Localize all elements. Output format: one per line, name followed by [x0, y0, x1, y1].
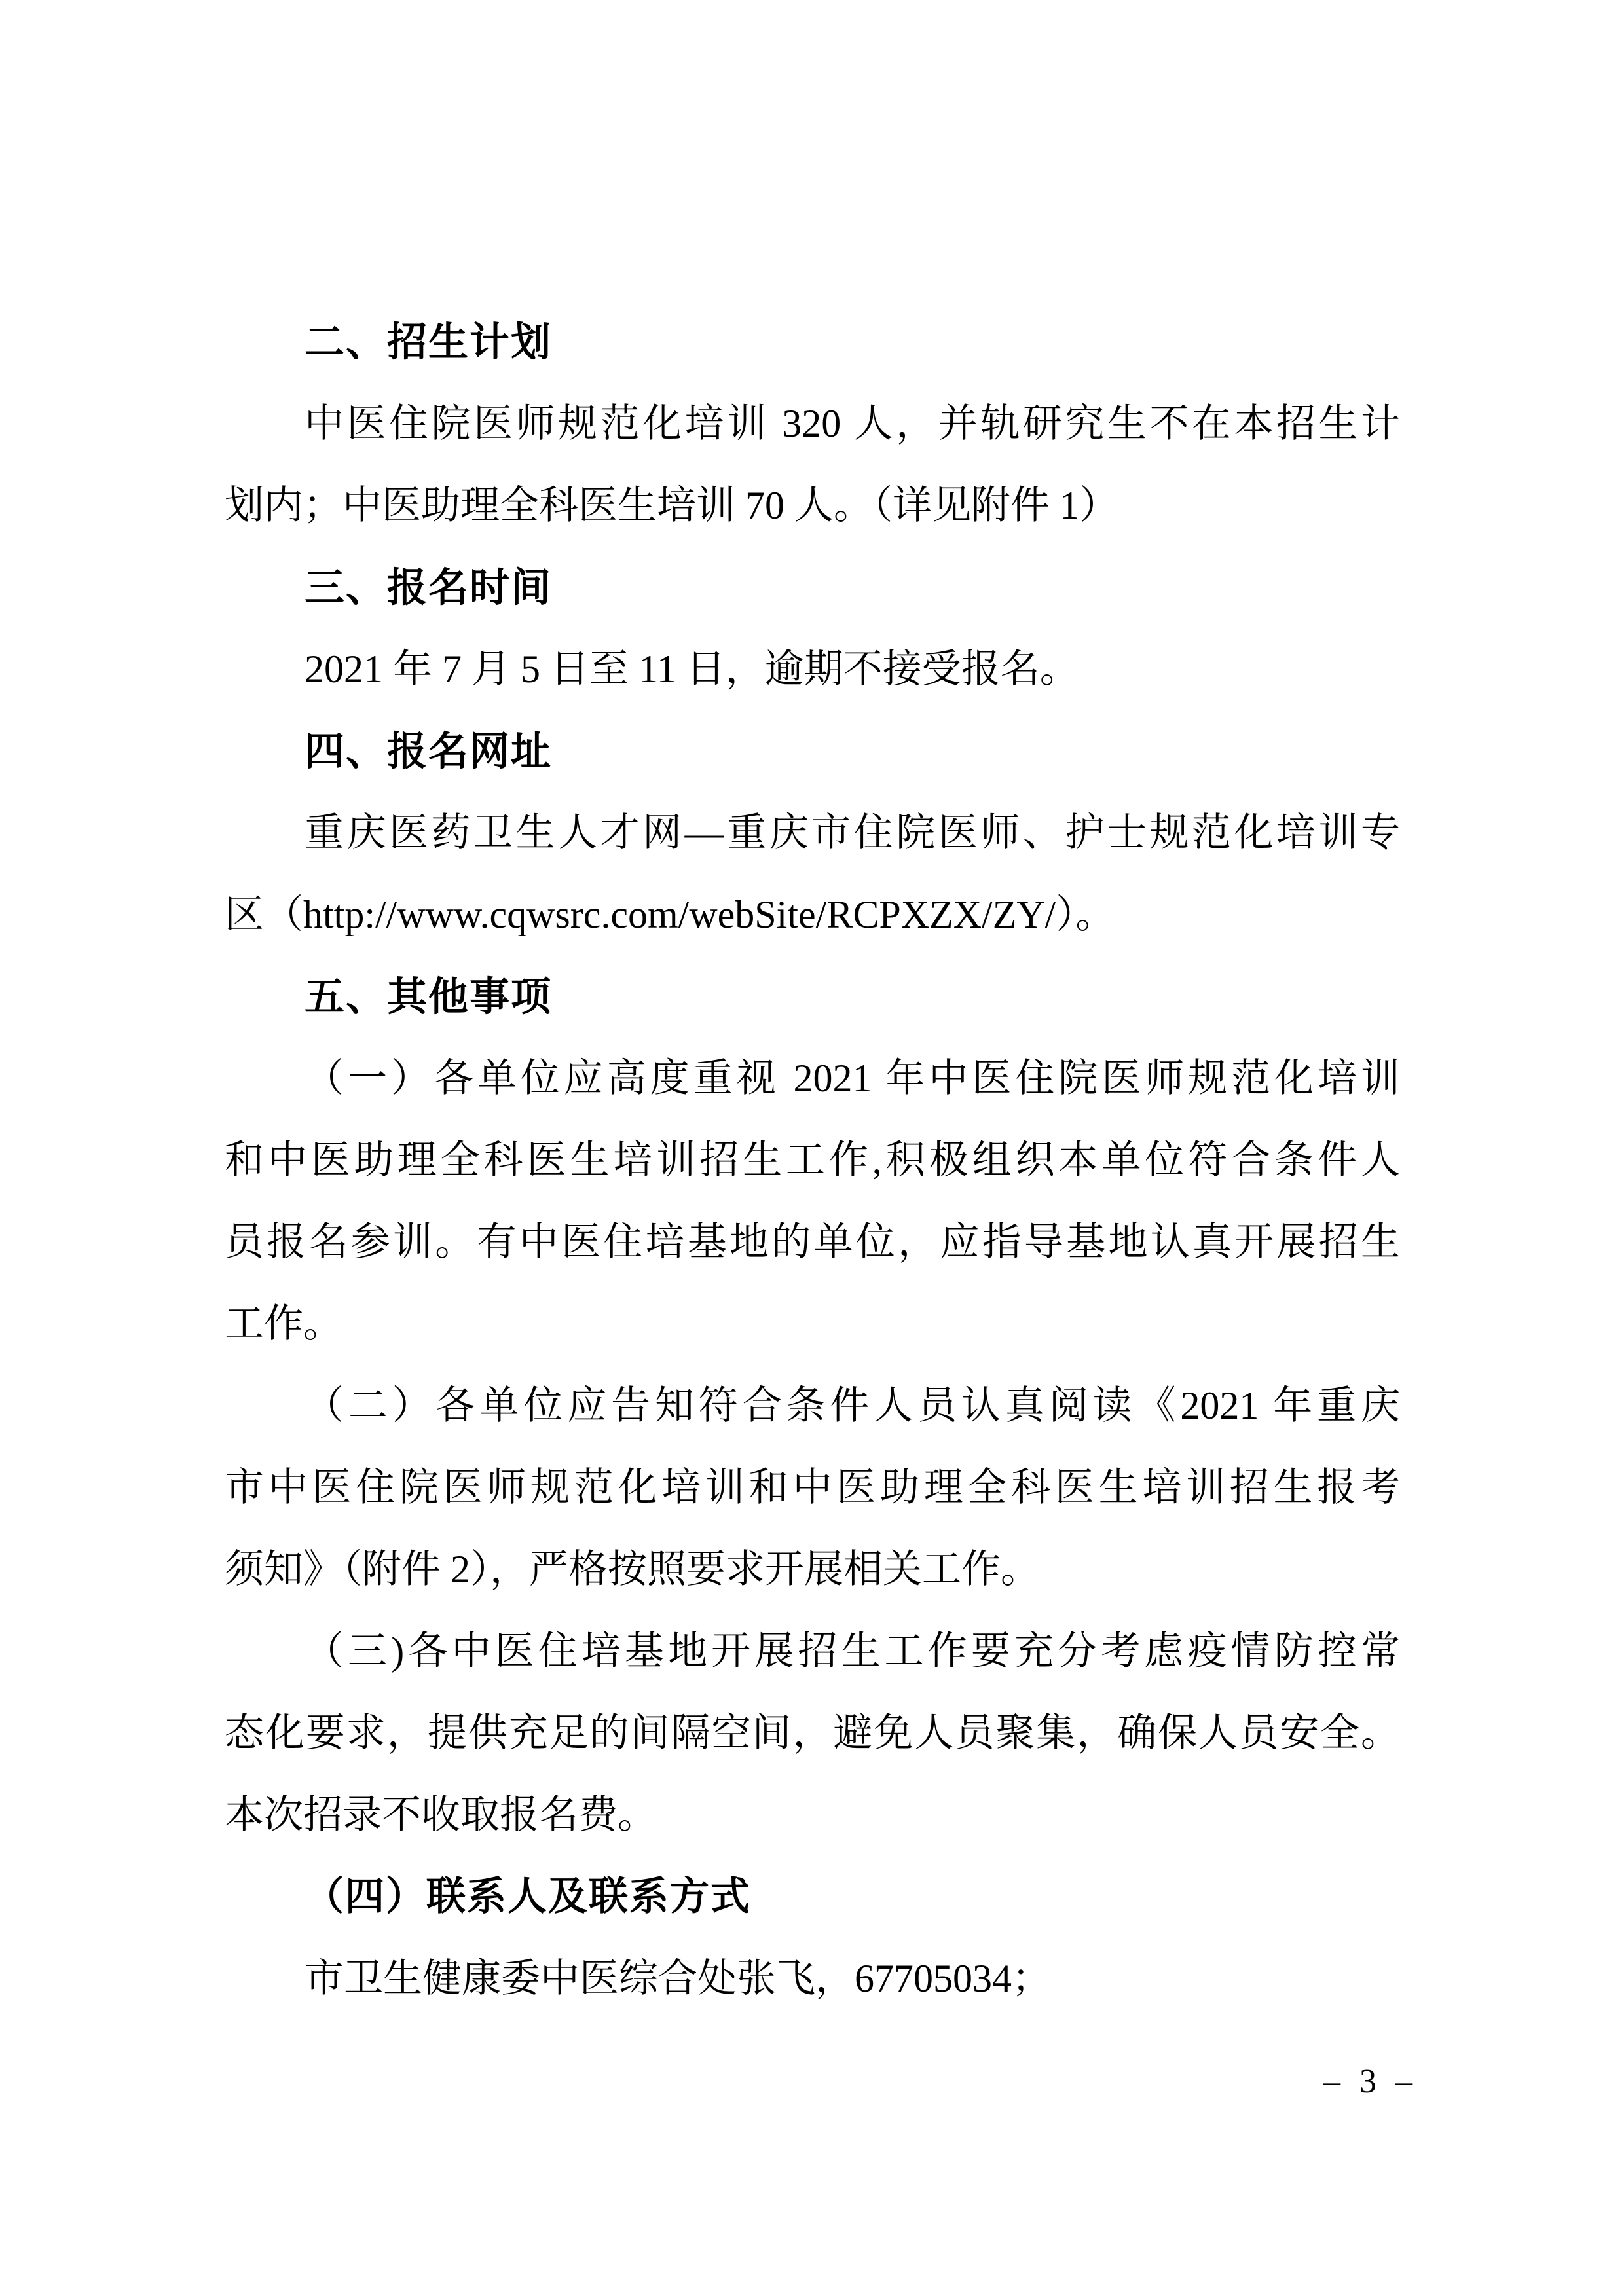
doc-text-line: 员报名参训。有中医住培基地的单位，应指导基地认真开展招生 [225, 1201, 1400, 1283]
doc-text-line: 2021 年 7 月 5 日至 11 日，逾期不接受报名。 [225, 629, 1400, 710]
document-page: 二、招生计划中医住院医师规范化培训 320 人，并轨研究生不在本招生计划内；中医… [0, 0, 1624, 2296]
doc-text-line: 态化要求，提供充足的间隔空间，避免人员聚集，确保人员安全。 [225, 1692, 1400, 1774]
document-body: 二、招生计划中医住院医师规范化培训 320 人，并轨研究生不在本招生计划内；中医… [225, 301, 1400, 2020]
doc-heading-line: 五、其他事项 [225, 956, 1400, 1038]
doc-heading-line: 四、报名网址 [225, 710, 1400, 792]
doc-text-line: （一）各单位应高度重视 2021 年中医住院医师规范化培训 [225, 1038, 1400, 1120]
doc-heading-line: 二、招生计划 [225, 301, 1400, 383]
doc-text-line: 划内；中医助理全科医生培训 70 人。（详见附件 1） [225, 465, 1400, 547]
doc-heading-line: 三、报名时间 [225, 547, 1400, 629]
doc-text-line: （三)各中医住培基地开展招生工作要充分考虑疫情防控常 [225, 1611, 1400, 1692]
doc-text-line: 市卫生健康委中医综合处张飞，67705034； [225, 1938, 1400, 2020]
doc-text-line: 须知》（附件 2），严格按照要求开展相关工作。 [225, 1529, 1400, 1611]
doc-text-line: 本次招录不收取报名费。 [225, 1774, 1400, 1856]
doc-text-line: 区（http://www.cqwsrc.com/webSite/RCPXZX/Z… [225, 874, 1400, 956]
doc-text-line: 市中医住院医师规范化培训和中医助理全科医生培训招生报考 [225, 1447, 1400, 1529]
doc-text-line: 和中医助理全科医生培训招生工作,积极组织本单位符合条件人 [225, 1120, 1400, 1201]
doc-text-line: 中医住院医师规范化培训 320 人，并轨研究生不在本招生计 [225, 383, 1400, 465]
doc-text-line: 重庆医药卫生人才网—重庆市住院医师、护士规范化培训专 [225, 792, 1400, 874]
page-number: – 3 – [1323, 2062, 1418, 2102]
doc-subheading-line: （四）联系人及联系方式 [225, 1856, 1400, 1938]
doc-text-line: 工作。 [225, 1283, 1400, 1365]
doc-text-line: （二）各单位应告知符合条件人员认真阅读《2021 年重庆 [225, 1365, 1400, 1447]
